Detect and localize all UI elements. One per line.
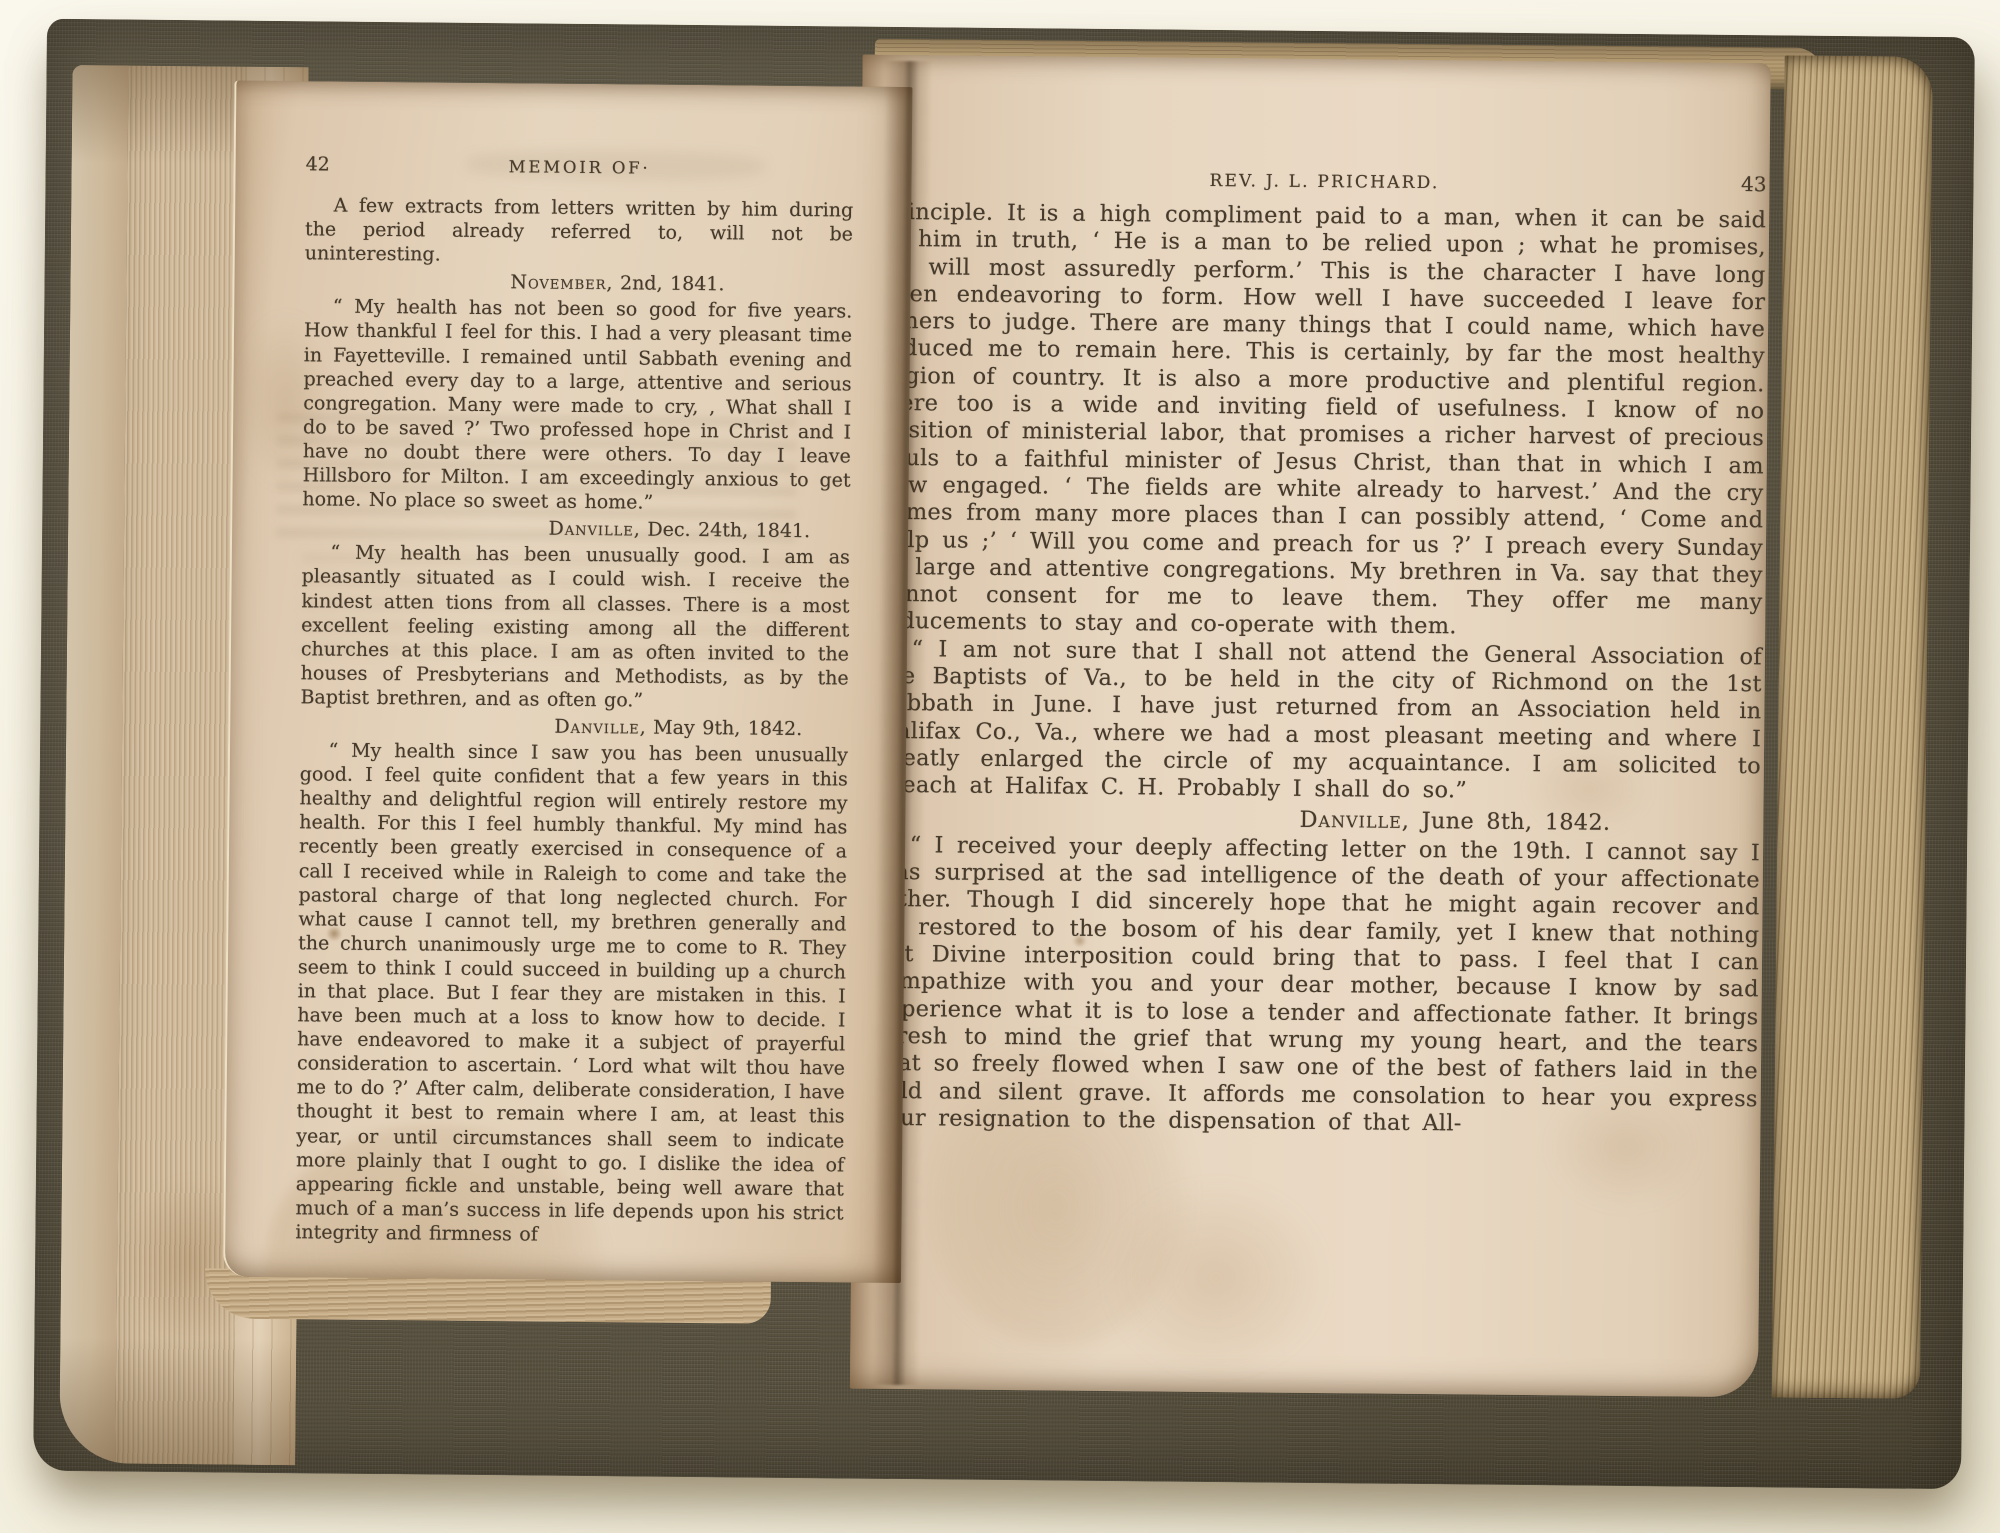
dateline-date: , June 8th, 1842.: [1402, 807, 1611, 835]
letter-paragraph: “ My health has been unusually good. I a…: [300, 541, 850, 715]
running-title-left: MEMOIR OF·: [376, 156, 784, 179]
dateline-place: Danville: [548, 518, 633, 541]
letter-paragraph: “ My health since I saw you has been unu…: [295, 738, 848, 1249]
header-spacer: [784, 175, 854, 176]
page-number-right: 43: [1696, 172, 1766, 197]
letter-dateline: November, 2nd, 1841.: [304, 269, 852, 298]
letter-paragraph: “ My health has not been so good for fiv…: [302, 295, 852, 517]
dateline-date: , May 9th, 1842.: [640, 716, 803, 740]
right-page-header: REV. J. L. PRICHARD. 43: [882, 164, 1766, 196]
right-page-text: principle. It is a high compliment paid …: [873, 199, 1766, 1141]
dateline-place: Danville: [1299, 806, 1402, 833]
dateline-place: Danville: [554, 716, 639, 739]
letter-dateline: Danville, May 9th, 1842.: [300, 712, 848, 741]
left-page: 42 MEMOIR OF· A few extracts from letter…: [223, 81, 912, 1283]
photo-background: REV. J. L. PRICHARD. 43 principle. It is…: [0, 0, 2000, 1533]
letter-paragraph: “ I am not sure that I shall not attend …: [877, 636, 1763, 808]
right-page: REV. J. L. PRICHARD. 43 principle. It is…: [850, 55, 1771, 1398]
letter-paragraph: “ I received your deeply affecting lette…: [873, 832, 1760, 1141]
dateline-place: November: [510, 272, 606, 295]
page-number-left: 42: [306, 153, 376, 176]
dateline-date: , 2nd, 1841.: [606, 272, 724, 295]
letter-dateline: Danville, Dec. 24th, 1841.: [302, 514, 850, 543]
book: REV. J. L. PRICHARD. 43 principle. It is…: [33, 19, 1975, 1489]
page-edges-right: [1772, 55, 1933, 1398]
running-title-right: REV. J. L. PRICHARD.: [952, 168, 1696, 195]
left-page-header: 42 MEMOIR OF·: [306, 153, 854, 180]
letter-paragraph: principle. It is a high compliment paid …: [878, 199, 1766, 644]
left-page-text: A few extracts from letters written by h…: [295, 193, 853, 1249]
dateline-date: , Dec. 24th, 1841.: [634, 519, 811, 543]
stain: [1100, 1177, 1332, 1379]
letter-paragraph: A few extracts from letters written by h…: [305, 193, 854, 271]
